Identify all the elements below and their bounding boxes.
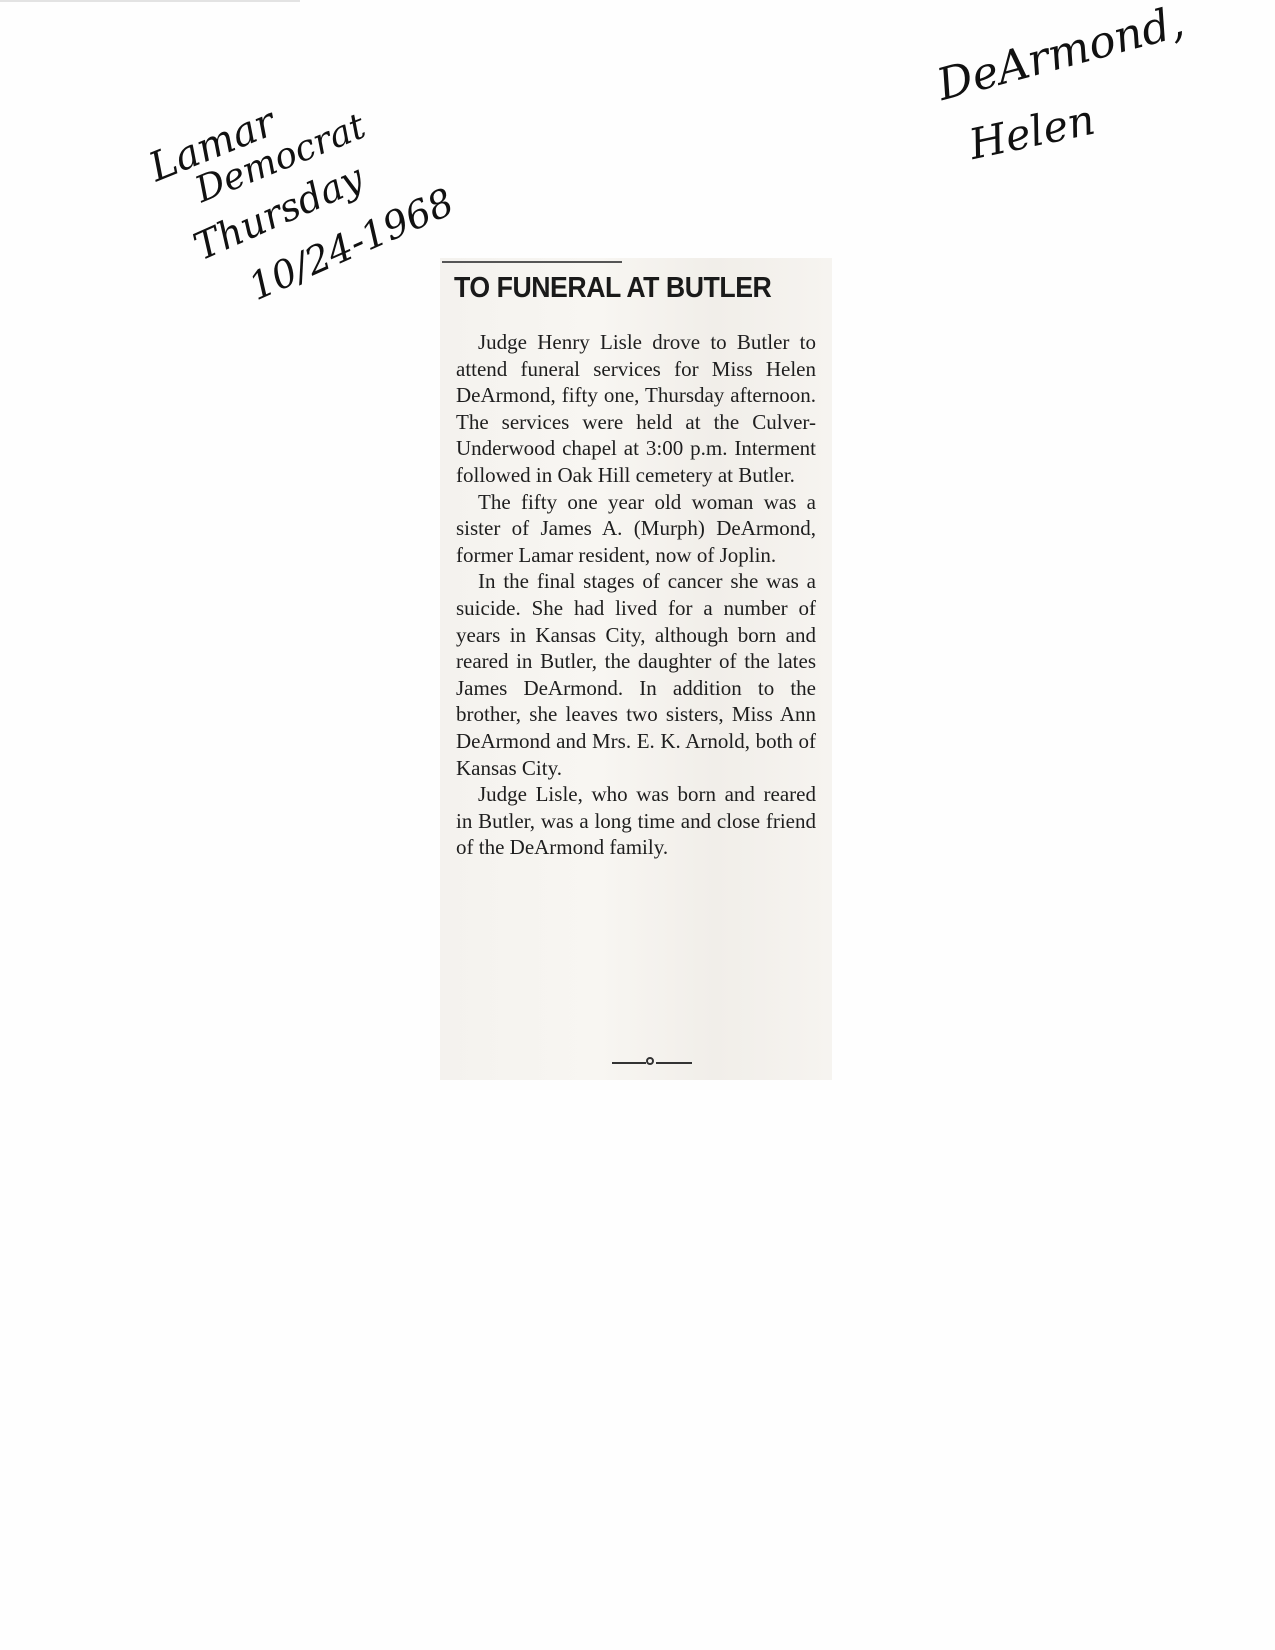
newspaper-clipping: TO FUNERAL AT BUTLER Judge Henry Lisle d… xyxy=(440,258,832,1080)
article-paragraph: The fifty one year old woman was a siste… xyxy=(456,489,816,569)
clipping-top-rule xyxy=(442,261,622,263)
scanned-page: Lamar Democrat Thursday 10/24-1968 DeArm… xyxy=(0,0,1275,1650)
article-paragraph: Judge Lisle, who was born and reared in … xyxy=(456,781,816,861)
handwritten-surname: DeArmond, xyxy=(932,0,1189,111)
article-body: Judge Henry Lisle drove to Butler to att… xyxy=(456,329,816,861)
end-ornament-icon xyxy=(612,1057,692,1069)
article-paragraph: In the final stages of cancer she was a … xyxy=(456,568,816,781)
scan-edge-line xyxy=(0,0,300,2)
article-headline: TO FUNERAL AT BUTLER xyxy=(454,272,794,305)
handwritten-given-name: Helen xyxy=(965,95,1099,169)
article-paragraph: Judge Henry Lisle drove to Butler to att… xyxy=(456,329,816,489)
